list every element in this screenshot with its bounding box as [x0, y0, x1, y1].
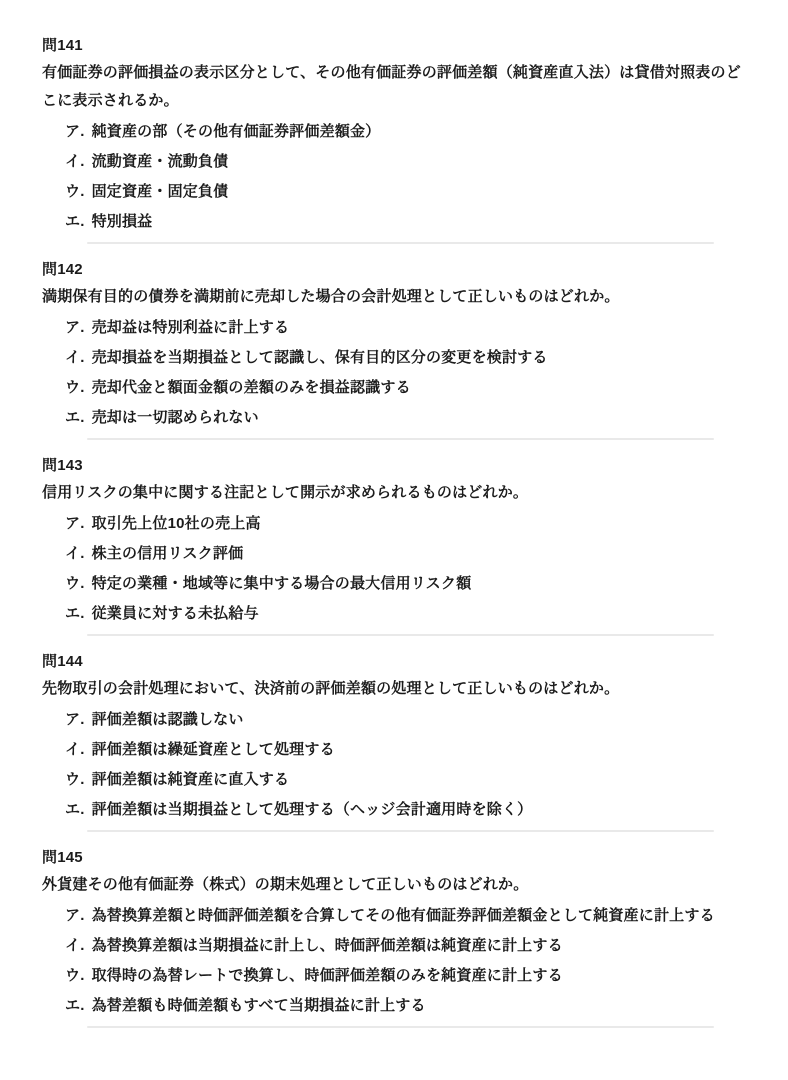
option-text: 売却益は特別利益に計上する [92, 318, 748, 338]
options-list: ア. 売却益は特別利益に計上する イ. 売却損益を当期損益として認識し、保有目的… [42, 318, 748, 428]
option-marker: エ. [65, 800, 85, 820]
option-text: 為替換算差額と時価評価差額を合算してその他有価証券評価差額金として純資産に計上す… [92, 906, 748, 926]
option-item: ウ. 評価差額は純資産に直入する [65, 770, 748, 790]
option-text: 売却代金と額面金額の差額のみを損益認識する [92, 378, 748, 398]
option-item: エ. 従業員に対する未払給与 [65, 604, 748, 624]
question-stem: 満期保有目的の債券を満期前に売却した場合の会計処理として正しいものはどれか。 [42, 283, 748, 311]
question-block-141: 問141 有価証券の評価損益の表示区分として、その他有価証券の評価差額（純資産直… [42, 36, 748, 244]
option-item: ウ. 売却代金と額面金額の差額のみを損益認識する [65, 378, 748, 398]
option-text: 取引先上位10社の売上高 [92, 514, 748, 534]
option-item: イ. 株主の信用リスク評価 [65, 544, 748, 564]
option-marker: エ. [65, 604, 85, 624]
section-divider [87, 438, 714, 440]
option-text: 固定資産・固定負債 [92, 182, 748, 202]
option-text: 評価差額は認識しない [92, 710, 748, 730]
option-marker: ア. [65, 906, 85, 926]
option-text: 評価差額は純資産に直入する [92, 770, 748, 790]
option-text: 売却は一切認められない [92, 408, 748, 428]
section-divider [87, 242, 714, 244]
option-item: イ. 為替換算差額は当期損益に計上し、時価評価差額は純資産に計上する [65, 936, 748, 956]
question-stem: 有価証券の評価損益の表示区分として、その他有価証券の評価差額（純資産直入法）は貸… [42, 59, 748, 115]
option-marker: ウ. [65, 574, 85, 594]
option-text: 株主の信用リスク評価 [92, 544, 748, 564]
option-marker: イ. [65, 348, 85, 368]
option-marker: ウ. [65, 966, 85, 986]
option-item: エ. 評価差額は当期損益として処理する（ヘッジ会計適用時を除く） [65, 800, 748, 820]
option-text: 売却損益を当期損益として認識し、保有目的区分の変更を検討する [92, 348, 748, 368]
option-item: エ. 売却は一切認められない [65, 408, 748, 428]
option-item: ア. 取引先上位10社の売上高 [65, 514, 748, 534]
option-marker: イ. [65, 740, 85, 760]
option-text: 流動資産・流動負債 [92, 152, 748, 172]
options-list: ア. 純資産の部（その他有価証券評価差額金） イ. 流動資産・流動負債 ウ. 固… [42, 122, 748, 232]
option-text: 為替換算差額は当期損益に計上し、時価評価差額は純資産に計上する [92, 936, 748, 956]
option-text: 特別損益 [92, 212, 748, 232]
option-item: イ. 評価差額は繰延資産として処理する [65, 740, 748, 760]
exam-question-page: 問141 有価証券の評価損益の表示区分として、その他有価証券の評価差額（純資産直… [0, 0, 788, 1080]
option-item: エ. 為替差額も時価差額もすべて当期損益に計上する [65, 996, 748, 1016]
option-text: 特定の業種・地域等に集中する場合の最大信用リスク額 [92, 574, 748, 594]
option-item: ア. 評価差額は認識しない [65, 710, 748, 730]
question-number: 問142 [42, 260, 748, 280]
option-item: ウ. 取得時の為替レートで換算し、時価評価差額のみを純資産に計上する [65, 966, 748, 986]
option-text: 評価差額は繰延資産として処理する [92, 740, 748, 760]
question-number: 問141 [42, 36, 748, 56]
option-marker: ウ. [65, 378, 85, 398]
question-number: 問145 [42, 848, 748, 868]
option-item: ア. 為替換算差額と時価評価差額を合算してその他有価証券評価差額金として純資産に… [65, 906, 748, 926]
option-marker: イ. [65, 544, 85, 564]
option-marker: エ. [65, 212, 85, 232]
option-marker: イ. [65, 152, 85, 172]
option-item: エ. 特別損益 [65, 212, 748, 232]
option-item: ウ. 固定資産・固定負債 [65, 182, 748, 202]
section-divider [87, 830, 714, 832]
option-text: 為替差額も時価差額もすべて当期損益に計上する [92, 996, 748, 1016]
question-block-143: 問143 信用リスクの集中に関する注記として開示が求められるものはどれか。 ア.… [42, 456, 748, 636]
option-marker: エ. [65, 408, 85, 428]
question-block-144: 問144 先物取引の会計処理において、決済前の評価差額の処理として正しいものはど… [42, 652, 748, 832]
option-marker: イ. [65, 936, 85, 956]
option-marker: ウ. [65, 182, 85, 202]
options-list: ア. 評価差額は認識しない イ. 評価差額は繰延資産として処理する ウ. 評価差… [42, 710, 748, 820]
option-marker: ア. [65, 122, 85, 142]
section-divider [87, 634, 714, 636]
question-block-142: 問142 満期保有目的の債券を満期前に売却した場合の会計処理として正しいものはど… [42, 260, 748, 440]
question-stem: 外貨建その他有価証券（株式）の期末処理として正しいものはどれか。 [42, 871, 748, 899]
question-number: 問144 [42, 652, 748, 672]
question-number: 問143 [42, 456, 748, 476]
option-marker: エ. [65, 996, 85, 1016]
option-text: 従業員に対する未払給与 [92, 604, 748, 624]
option-item: ウ. 特定の業種・地域等に集中する場合の最大信用リスク額 [65, 574, 748, 594]
option-item: イ. 売却損益を当期損益として認識し、保有目的区分の変更を検討する [65, 348, 748, 368]
option-marker: ア. [65, 514, 85, 534]
option-text: 評価差額は当期損益として処理する（ヘッジ会計適用時を除く） [92, 800, 748, 820]
option-item: ア. 純資産の部（その他有価証券評価差額金） [65, 122, 748, 142]
question-block-145: 問145 外貨建その他有価証券（株式）の期末処理として正しいものはどれか。 ア.… [42, 848, 748, 1028]
option-marker: ア. [65, 318, 85, 338]
option-item: ア. 売却益は特別利益に計上する [65, 318, 748, 338]
options-list: ア. 取引先上位10社の売上高 イ. 株主の信用リスク評価 ウ. 特定の業種・地… [42, 514, 748, 624]
question-stem: 先物取引の会計処理において、決済前の評価差額の処理として正しいものはどれか。 [42, 675, 748, 703]
option-text: 取得時の為替レートで換算し、時価評価差額のみを純資産に計上する [92, 966, 748, 986]
option-text: 純資産の部（その他有価証券評価差額金） [92, 122, 748, 142]
question-stem: 信用リスクの集中に関する注記として開示が求められるものはどれか。 [42, 479, 748, 507]
options-list: ア. 為替換算差額と時価評価差額を合算してその他有価証券評価差額金として純資産に… [42, 906, 748, 1016]
option-item: イ. 流動資産・流動負債 [65, 152, 748, 172]
option-marker: ア. [65, 710, 85, 730]
section-divider [87, 1026, 714, 1028]
option-marker: ウ. [65, 770, 85, 790]
